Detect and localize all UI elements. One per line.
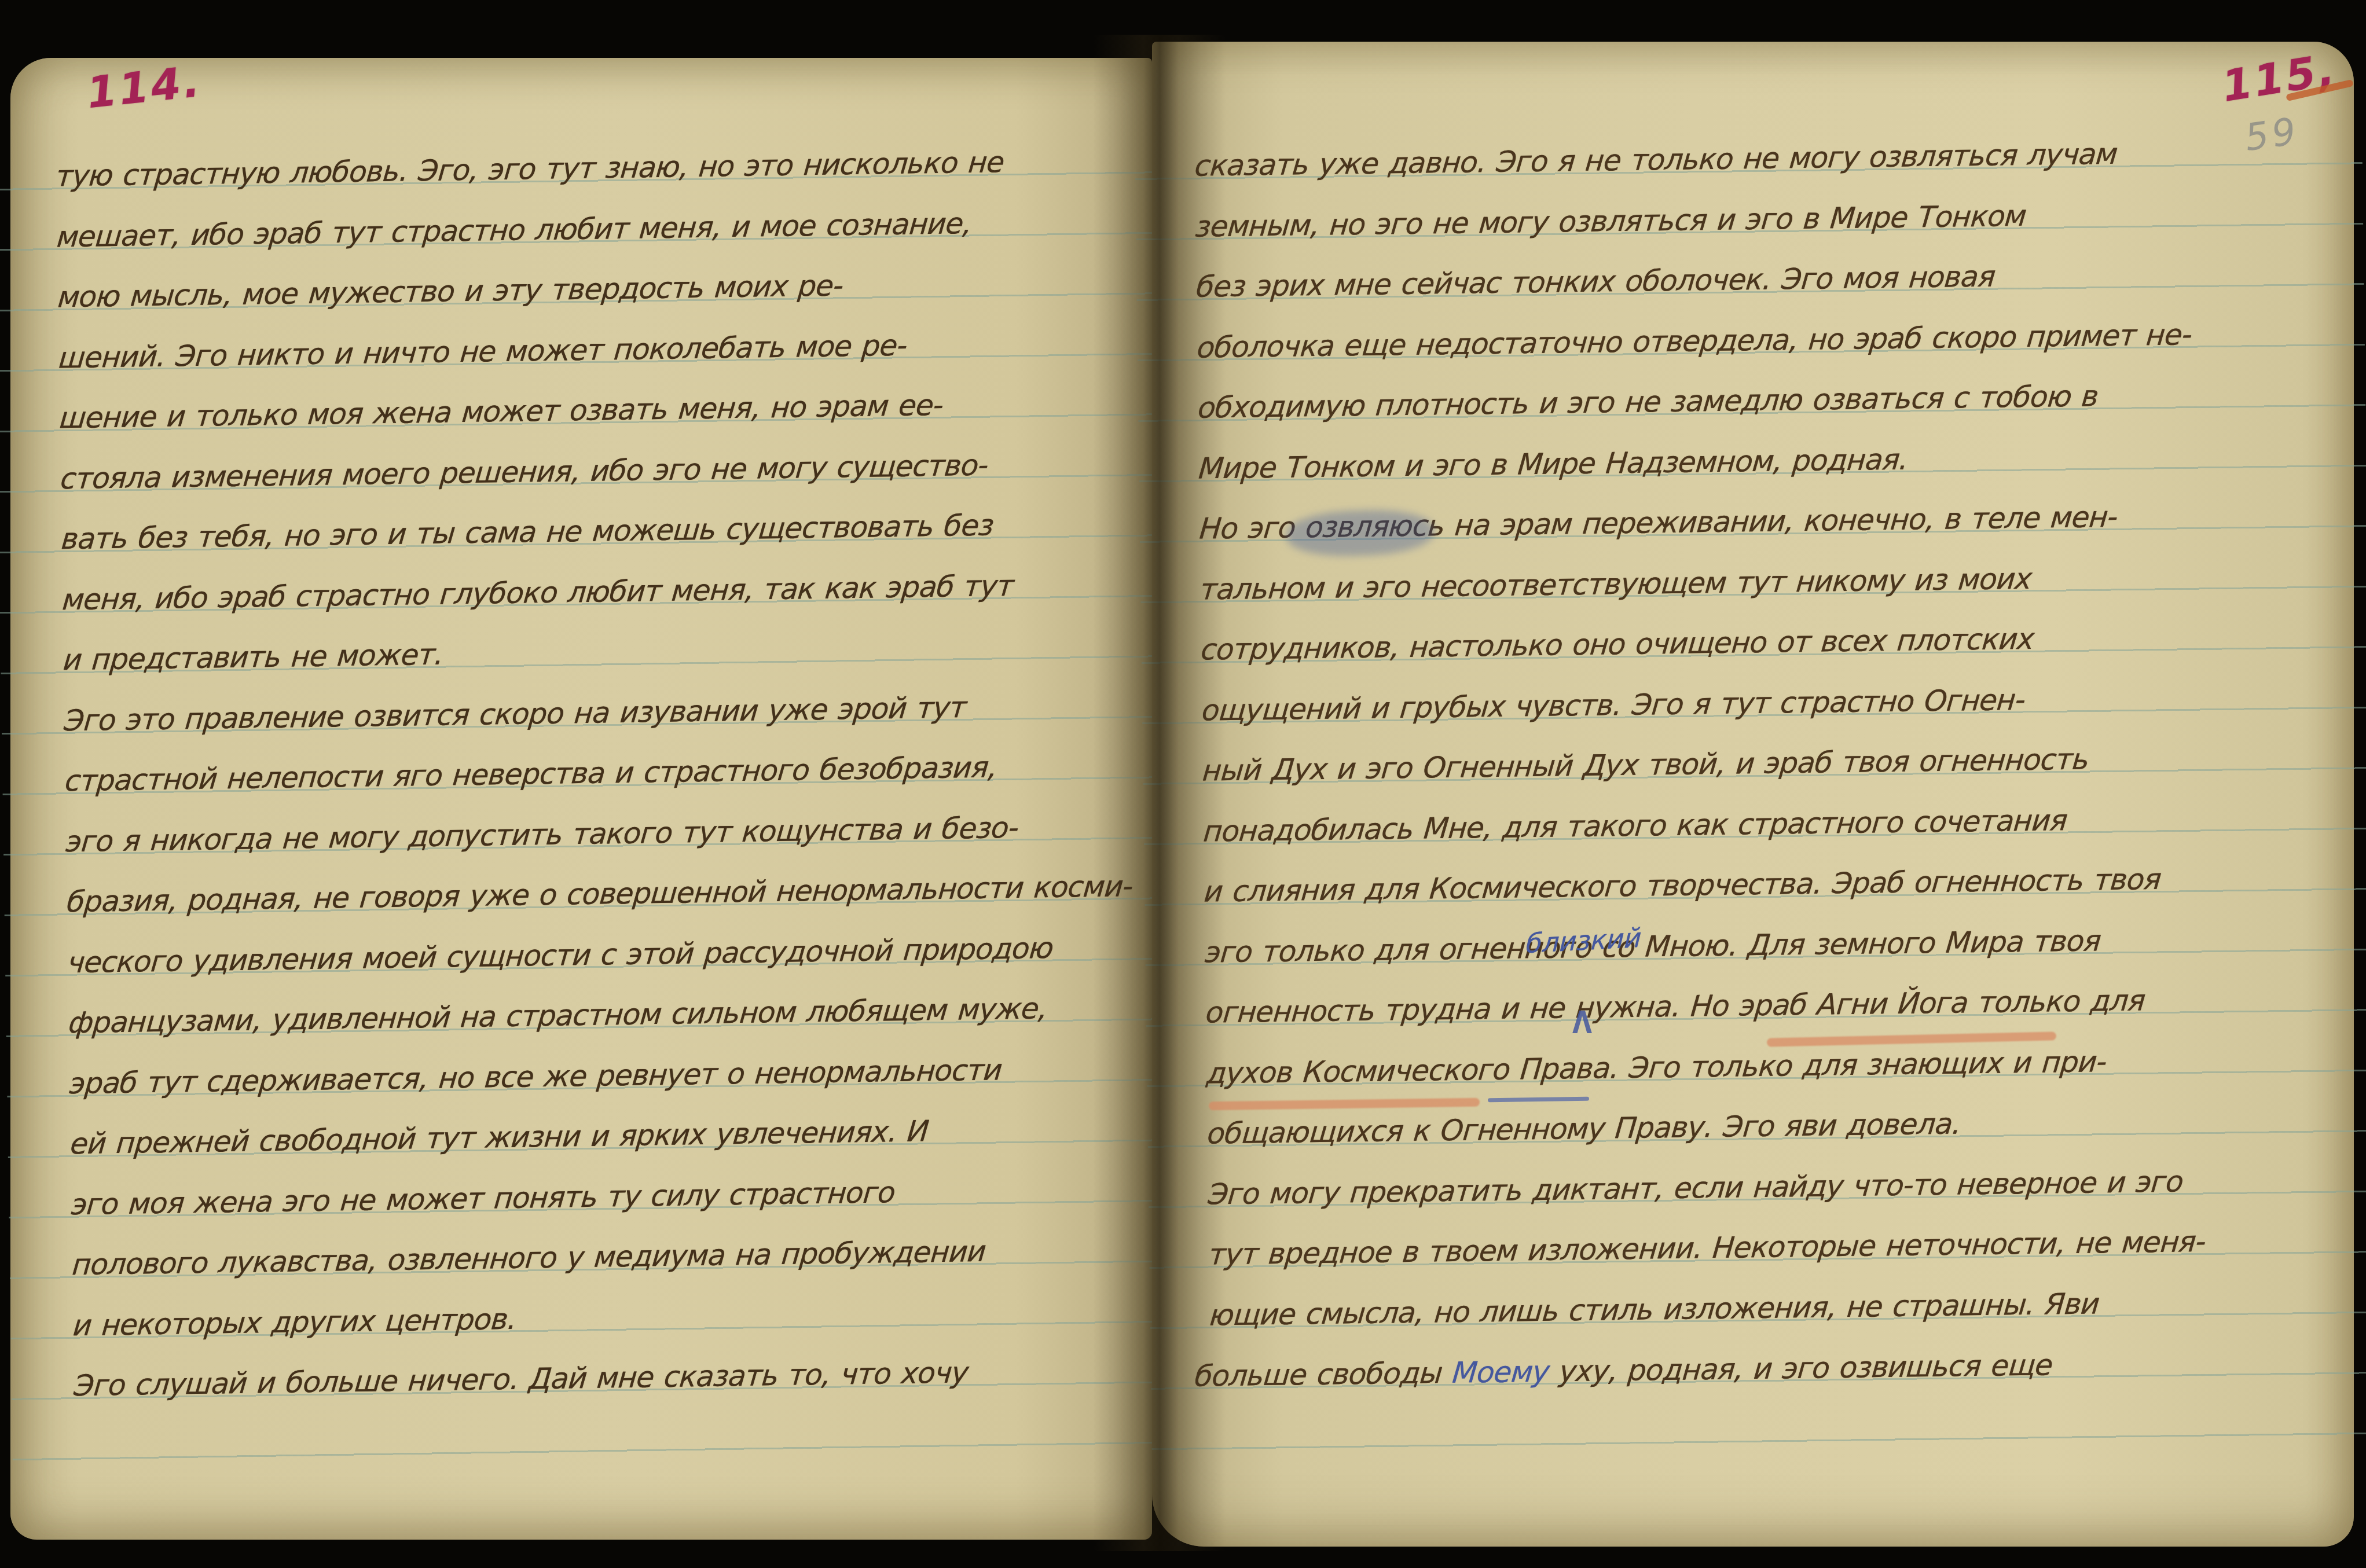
last-line-after: уху, родная, и эго озвишься еще [1547,1348,2054,1388]
blue-ink-word: Моему [1451,1355,1550,1390]
last-line-before: больше свободы [1193,1356,1454,1393]
pencil-annotation: 59 [2242,110,2302,160]
right-page-handwriting: сказать уже давно. Эго я не только не мо… [1135,120,2366,1485]
blue-inserted-word: близкий [1525,922,1642,960]
insertion-caret: Λ [1572,1005,1592,1041]
left-page: тую страстную любовь. Эго, эго тут знаю,… [10,58,1152,1540]
right-page: сказать уже давно. Эго я не только не мо… [1152,42,2354,1547]
left-page-handwriting: тую страстную любовь. Эго, эго тут знаю,… [0,130,1183,1507]
manuscript-scan: { "left_page": { "page_number": "114.", … [0,0,2366,1568]
